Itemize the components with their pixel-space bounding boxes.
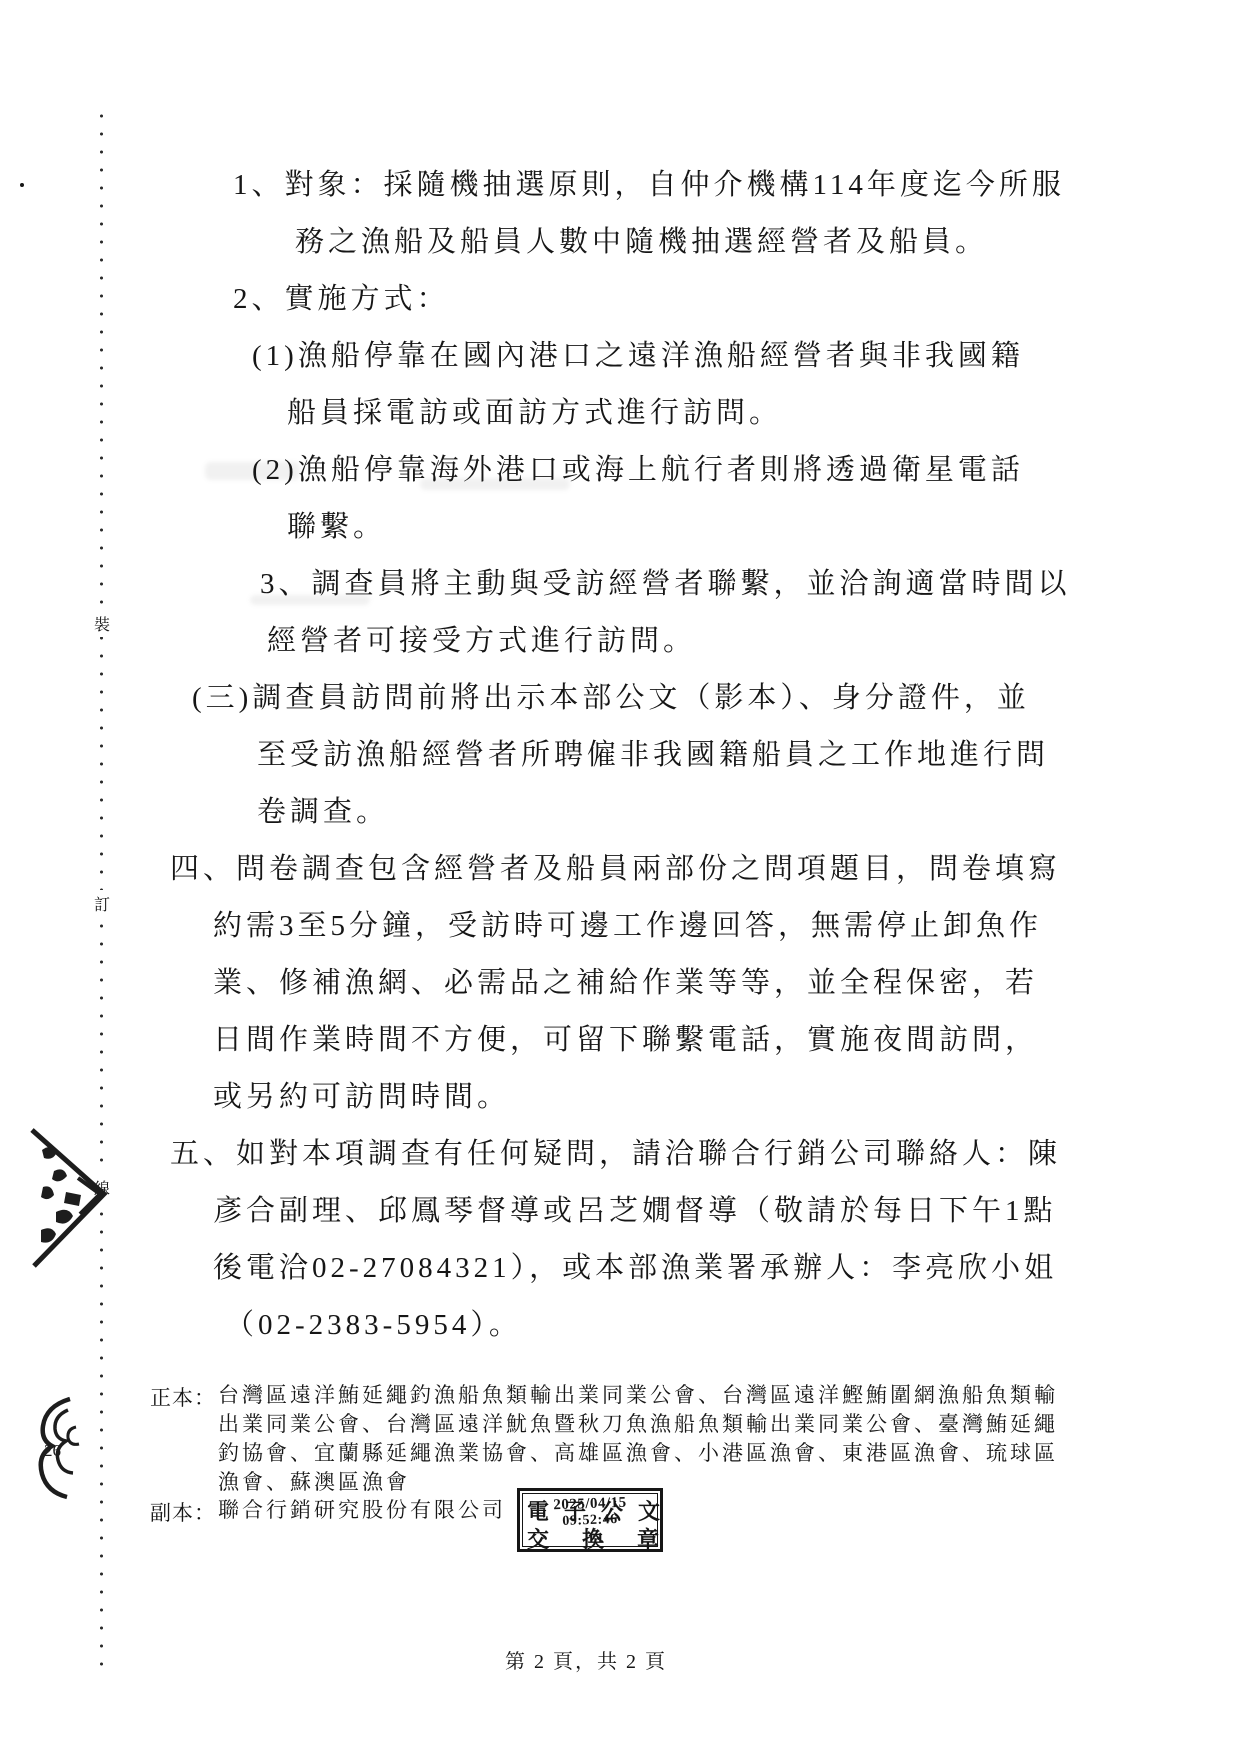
body-line: 約需3至5分鐘，受訪時可邊工作邊回答，無需停止卸魚作 bbox=[213, 909, 1042, 943]
body-line: (三)調查員訪問前將出示本部公文（影本）、身分證件，並 bbox=[192, 681, 1030, 715]
body-line: 3、調查員將主動與受訪經營者聯繫，並洽詢適當時間以 bbox=[260, 567, 1071, 601]
corner-seal-stamp bbox=[28, 1124, 110, 1277]
body-line: 聯繫。 bbox=[287, 510, 386, 544]
body-line: (2)漁船停靠海外港口或海上航行者則將透過衛星電話 bbox=[252, 453, 1024, 487]
body-line: 五、如對本項調查有任何疑問，請洽聯合行銷公司聯絡人：陳 bbox=[170, 1137, 1061, 1171]
body-line: 2、實施方式： bbox=[233, 282, 450, 316]
body-line: 日間作業時間不方便，可留下聯繫電話，實施夜間訪問， bbox=[213, 1023, 1038, 1057]
svg-text:26: 26 bbox=[44, 1441, 61, 1460]
body-line: 四、問卷調查包含經營者及船員兩部份之問項題目，問卷填寫 bbox=[170, 852, 1061, 886]
body-line: 至受訪漁船經營者所聘僱非我國籍船員之工作地進行問 bbox=[257, 738, 1049, 772]
body-line: 後電洽02-27084321），或本部漁業署承辦人：李亮欣小姐 bbox=[213, 1251, 1057, 1285]
partial-seal-icon: 26 bbox=[30, 1396, 92, 1500]
body-line: 務之漁船及船員人數中隨機抽選經營者及船員。 bbox=[295, 225, 988, 259]
original-recipients-line: 漁會、蘇澳區漁會 bbox=[218, 1469, 410, 1495]
scan-noise bbox=[20, 183, 24, 187]
original-recipients-label: 正本： bbox=[150, 1382, 216, 1412]
body-line: 船員採電訪或面訪方式進行訪問。 bbox=[287, 396, 782, 430]
body-line: 彥合副理、邱鳳琴督導或呂芝嫺督導（敬請於每日下午1點 bbox=[213, 1194, 1057, 1228]
e-document-exchange-stamp: 電子公文 交換章 2025/04/15 09:52:46 bbox=[517, 1488, 663, 1552]
page-number-footer: 第 2 頁，共 2 頁 bbox=[505, 1645, 667, 1674]
copy-recipients-label: 副本： bbox=[150, 1497, 216, 1527]
body-line: 經營者可接受方式進行訪問。 bbox=[267, 624, 696, 658]
body-line: 1、對象：採隨機抽選原則，自仲介機構114年度迄今所服 bbox=[233, 168, 1065, 202]
scan-noise bbox=[420, 478, 570, 490]
document-page: 裝 訂 線 26 1、對象：採隨機抽選原則，自仲介機構114年度迄今所服 務之漁… bbox=[0, 0, 1240, 1755]
body-line: 業、修補漁網、必需品之補給作業等等，並全程保密，若 bbox=[213, 966, 1038, 1000]
partial-seal-stamp: 26 bbox=[30, 1396, 92, 1505]
binding-label-zhuang: 裝 bbox=[91, 610, 113, 637]
body-line: 卷調查。 bbox=[257, 795, 389, 829]
original-recipients-line: 台灣區遠洋鮪延繩釣漁船魚類輸出業同業公會、台灣區遠洋鰹鮪圍網漁船魚類輸 bbox=[218, 1382, 1058, 1408]
copy-recipients-line: 聯合行銷研究股份有限公司 bbox=[218, 1497, 506, 1523]
body-line: (1)漁船停靠在國內港口之遠洋漁船經營者與非我國籍 bbox=[252, 339, 1024, 373]
corner-seal-icon bbox=[28, 1124, 110, 1272]
scan-noise bbox=[205, 462, 300, 480]
body-line: （02-2383-5954）。 bbox=[225, 1308, 522, 1342]
original-recipients-line: 出業同業公會、台灣區遠洋魷魚暨秋刀魚漁船魚類輸出業同業公會、臺灣鮪延繩 bbox=[218, 1411, 1058, 1437]
scan-noise bbox=[250, 595, 370, 605]
body-line: 或另約可訪問時間。 bbox=[213, 1080, 510, 1114]
binding-label-ding: 訂 bbox=[91, 890, 113, 917]
original-recipients-line: 釣協會、宜蘭縣延繩漁業協會、高雄區漁會、小港區漁會、東港區漁會、琉球區 bbox=[218, 1440, 1058, 1466]
